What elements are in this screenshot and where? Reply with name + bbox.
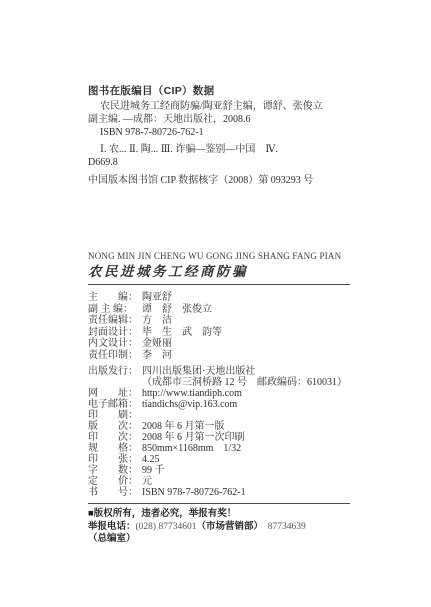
cip-block: 图书在版编目（CIP）数据 农民进城务工经商防骗/陶亚舒主编，谭舒、张俊立 副主…: [88, 85, 350, 187]
publishing-value: ISBN 978-7-80726-762-1: [142, 487, 350, 498]
credit-value: 毕 生 武 韵等: [142, 327, 350, 339]
divider-rule-bottom: [88, 503, 350, 504]
publishing-row-printer: 印 刷：: [88, 410, 350, 421]
cip-record-number: 中国版本图书馆 CIP 数据核字（2008）第 093293 号: [88, 174, 350, 187]
publishing-value: 2008 年 6 月第一次印刷: [142, 432, 350, 443]
publishing-row-website: 网 址： http://www.tiandiph.com: [88, 388, 350, 399]
publishing-row-format: 规 格： 850mm×1168mm 1/32: [88, 443, 350, 454]
report-phone-label: 举报电话：: [88, 521, 136, 532]
publishing-value: http://www.tiandiph.com: [142, 388, 350, 399]
credit-label: 责任编辑：: [88, 315, 142, 327]
copyright-warning-line: ■版权所有，违者必究，举报有奖！: [88, 508, 350, 521]
publishing-label: 字 数：: [88, 465, 142, 476]
cip-classification: Ⅰ. 农... Ⅱ. 陶... Ⅲ. 诈骗—鉴别—中国 Ⅳ. D669.8: [88, 143, 350, 169]
publishing-row-edition: 版 次： 2008 年 6 月第一版: [88, 421, 350, 432]
publishing-row-address: （成都市三洞桥路 12 号 邮政编码：610031）: [88, 377, 350, 388]
credit-value: 谭 舒 张俊立: [142, 304, 350, 316]
publishing-label: 网 址：: [88, 388, 142, 399]
report-phone-number-1: (028) 87734601: [136, 522, 197, 532]
credit-value: 金娅丽: [142, 338, 350, 350]
publishing-value: [142, 410, 350, 421]
publishing-label: 规 格：: [88, 443, 142, 454]
report-phone-dept-2: （总编室）: [88, 533, 136, 544]
publishing-value: 850mm×1168mm 1/32: [142, 443, 350, 454]
credit-value: 李 河: [142, 350, 350, 362]
credits-row-cover-design: 封面设计： 毕 生 武 韵等: [88, 327, 350, 339]
credits-row-chief-editor: 主 编： 陶亚舒: [88, 292, 350, 304]
cip-description-line2: 副主编. —成都：天地出版社，2008.6: [88, 113, 350, 126]
publishing-row-publisher: 出版发行： 四川出版集团·天地出版社: [88, 366, 350, 377]
copyright-page: 图书在版编目（CIP）数据 农民进城务工经商防骗/陶亚舒主编，谭舒、张俊立 副主…: [0, 0, 431, 607]
publishing-row-price: 定 价： 元: [88, 476, 350, 487]
publishing-row-impression: 印 次： 2008 年 6 月第一次印刷: [88, 432, 350, 443]
credit-label: 副 主 编：: [88, 304, 142, 316]
publishing-row-email: 电子邮箱： tiandichs@vip.163.com: [88, 399, 350, 410]
credit-value: 方 洁: [142, 315, 350, 327]
publishing-label: 书 号：: [88, 487, 142, 498]
publishing-value: 99 千: [142, 465, 350, 476]
publishing-label: [88, 377, 142, 388]
credit-label: 内文设计：: [88, 338, 142, 350]
publishing-label: 定 价：: [88, 476, 142, 487]
publishing-label: 电子邮箱：: [88, 399, 142, 410]
publishing-row-wordcount: 字 数： 99 千: [88, 465, 350, 476]
publishing-label: 版 次：: [88, 421, 142, 432]
publishing-row-sheets: 印 张： 4.25: [88, 454, 350, 465]
publishing-label: 印 刷：: [88, 410, 142, 421]
book-title-chinese: 农民进城务工经商防骗: [88, 264, 350, 279]
report-phone-number-2: 87734639: [268, 522, 306, 532]
credit-label: 责任印制：: [88, 350, 142, 362]
copyright-warning-block: ■版权所有，违者必究，举报有奖！ 举报电话：(028) 87734601（市场营…: [88, 508, 350, 546]
publishing-block: 出版发行： 四川出版集团·天地出版社 （成都市三洞桥路 12 号 邮政编码：61…: [88, 366, 350, 498]
publishing-value: （成都市三洞桥路 12 号 邮政编码：610031）: [142, 377, 350, 388]
credits-row-deputy-editor: 副 主 编： 谭 舒 张俊立: [88, 304, 350, 316]
report-phone-line: 举报电话：(028) 87734601（市场营销部） 87734639（总编室）: [88, 521, 350, 546]
credits-row-interior-design: 内文设计： 金娅丽: [88, 338, 350, 350]
cip-description: 农民进城务工经商防骗/陶亚舒主编，谭舒、张俊立 副主编. —成都：天地出版社，2…: [88, 100, 350, 139]
cip-description-line1: 农民进城务工经商防骗/陶亚舒主编，谭舒、张俊立: [88, 100, 350, 113]
cip-header: 图书在版编目（CIP）数据: [88, 85, 350, 98]
publishing-value: 四川出版集团·天地出版社: [142, 366, 350, 377]
isbn-line: ISBN 978-7-80726-762-1: [88, 126, 350, 139]
report-phone-gap: [258, 521, 268, 532]
publishing-label: 印 张：: [88, 454, 142, 465]
publishing-row-book-number: 书 号： ISBN 978-7-80726-762-1: [88, 487, 350, 498]
publishing-value: 元: [142, 476, 350, 487]
credit-label: 主 编：: [88, 292, 142, 304]
book-title-block: NONG MIN JIN CHENG WU GONG JING SHANG FA…: [88, 251, 350, 279]
report-phone-dept-1: （市场营销部）: [196, 521, 258, 532]
classification-line1: Ⅰ. 农... Ⅱ. 陶... Ⅲ. 诈骗—鉴别—中国 Ⅳ.: [88, 143, 350, 156]
publishing-label: 印 次：: [88, 432, 142, 443]
credits-row-print-supervisor: 责任印制： 李 河: [88, 350, 350, 362]
publishing-value: 2008 年 6 月第一版: [142, 421, 350, 432]
divider-rule-top: [88, 284, 350, 285]
classification-line2: D669.8: [88, 156, 350, 169]
credits-block: 主 编： 陶亚舒 副 主 编： 谭 舒 张俊立 责任编辑： 方 洁 封面设计： …: [88, 292, 350, 361]
book-title-pinyin: NONG MIN JIN CHENG WU GONG JING SHANG FA…: [88, 251, 350, 262]
credit-label: 封面设计：: [88, 327, 142, 339]
page-content: 图书在版编目（CIP）数据 农民进城务工经商防骗/陶亚舒主编，谭舒、张俊立 副主…: [88, 85, 350, 546]
publishing-value: 4.25: [142, 454, 350, 465]
publishing-value: tiandichs@vip.163.com: [142, 399, 350, 410]
publishing-label: 出版发行：: [88, 366, 142, 377]
credits-row-responsible-editor: 责任编辑： 方 洁: [88, 315, 350, 327]
credit-value: 陶亚舒: [142, 292, 350, 304]
